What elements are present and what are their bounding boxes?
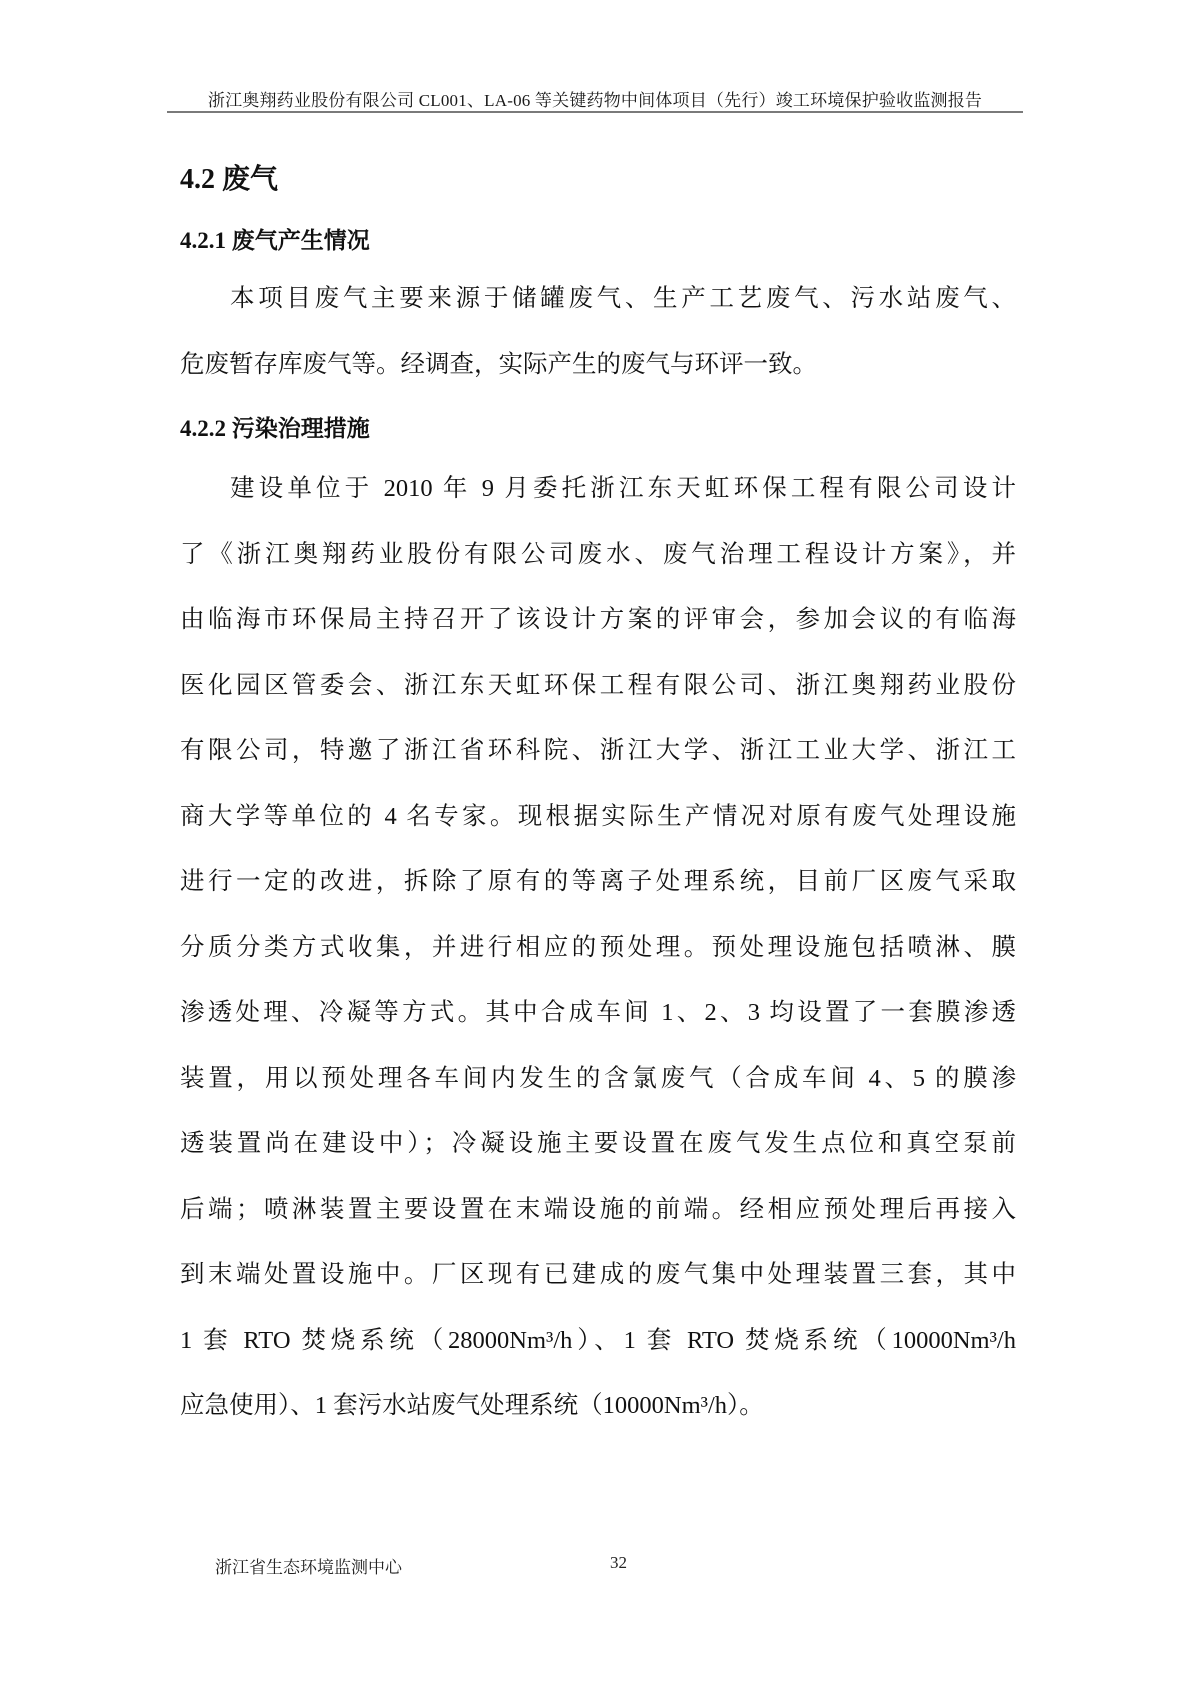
running-header: 浙江奥翔药业股份有限公司 CL001、LA-06 等关键药物中间体项目（先行）竣… [167,86,1023,111]
subsection-heading-4-2-1: 4.2.1 废气产生情况 [180,222,370,255]
text-line: 进行一定的改进，拆除了原有的等离子处理系统，目前厂区废气采取 [180,849,1016,915]
text-line: 透装置尚在建设中）；冷凝设施主要设置在废气发生点位和真空泵前 [180,1111,1016,1177]
text-line: 后端；喷淋装置主要设置在末端设施的前端。经相应预处理后再接入 [180,1177,1016,1243]
header-divider [167,111,1023,113]
text-line: 建设单位于 2010 年 9 月委托浙江东天虹环保工程有限公司设计 [180,456,1016,522]
section-heading: 4.2 废气 [180,157,278,197]
text-line: 分质分类方式收集，并进行相应的预处理。预处理设施包括喷淋、膜 [180,915,1016,981]
text-line: 到末端处置设施中。厂区现有已建成的废气集中处理装置三套，其中 [180,1242,1016,1308]
text-line: 应急使用）、1 套污水站废气处理系统（10000Nm³/h）。 [180,1373,1016,1439]
paragraph-emission-sources: 本项目废气主要来源于储罐废气、生产工艺废气、污水站废气、 危废暂存库废气等。经调… [180,266,1016,397]
text-line: 本项目废气主要来源于储罐废气、生产工艺废气、污水站废气、 [180,266,1016,332]
subsection-heading-4-2-2: 4.2.2 污染治理措施 [180,410,370,443]
text-line: 装置，用以预处理各车间内发生的含氯废气（合成车间 4、5 的膜渗 [180,1046,1016,1112]
page-number: 32 [610,1553,627,1573]
text-line: 医化园区管委会、浙江东天虹环保工程有限公司、浙江奥翔药业股份 [180,653,1016,719]
footer-organization: 浙江省生态环境监测中心 [215,1553,402,1578]
text-line: 了《浙江奥翔药业股份有限公司废水、废气治理工程设计方案》，并 [180,522,1016,588]
text-line: 1 套 RTO 焚烧系统（28000Nm³/h）、1 套 RTO 焚烧系统（10… [180,1308,1016,1374]
text-line: 由临海市环保局主持召开了该设计方案的评审会，参加会议的有临海 [180,587,1016,653]
text-line: 渗透处理、冷凝等方式。其中合成车间 1、2、3 均设置了一套膜渗透 [180,980,1016,1046]
text-line: 危废暂存库废气等。经调查，实际产生的废气与环评一致。 [180,332,1016,398]
text-line: 有限公司，特邀了浙江省环科院、浙江大学、浙江工业大学、浙江工 [180,718,1016,784]
text-line: 商大学等单位的 4 名专家。现根据实际生产情况对原有废气处理设施 [180,784,1016,850]
paragraph-treatment-measures: 建设单位于 2010 年 9 月委托浙江东天虹环保工程有限公司设计 了《浙江奥翔… [180,456,1016,1439]
